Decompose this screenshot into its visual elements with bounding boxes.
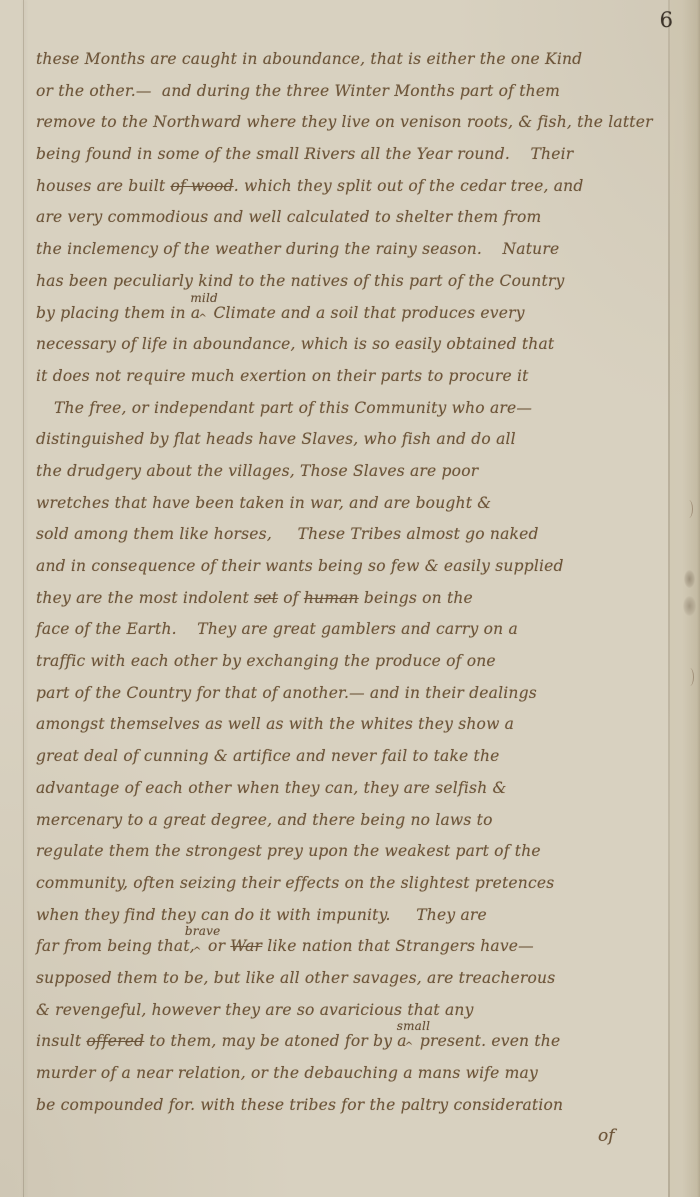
manuscript-line: part of the Country for that of another.… — [36, 678, 664, 710]
manuscript-text: & revengeful, however they are so avaric… — [36, 1001, 474, 1019]
manuscript-text: these Months are caught in aboundance, t… — [36, 50, 582, 68]
manuscript-text: the drudgery about the villages, Those S… — [36, 462, 478, 480]
manuscript-line: mercenary to a great degree, and there b… — [36, 805, 664, 837]
inserted-word-text: small — [397, 1020, 430, 1032]
manuscript-text: or the other.— and during the three Wint… — [36, 82, 560, 100]
manuscript-text: to them, may be atoned for by a — [144, 1032, 406, 1050]
manuscript-text: or — [203, 937, 230, 955]
manuscript-text: like nation that Strangers have— — [262, 937, 534, 955]
manuscript-line: murder of a near relation, or the debauc… — [36, 1058, 664, 1090]
manuscript-text: part of the Country for that of another.… — [36, 684, 537, 702]
catchword: of — [598, 1126, 615, 1146]
manuscript-line: traffic with each other by exchanging th… — [36, 646, 664, 678]
manuscript-line: it does not require much exertion on the… — [36, 361, 664, 393]
manuscript-text: . which they split out of the cedar tree… — [234, 177, 584, 195]
manuscript-text: has been peculiarly kind to the natives … — [36, 272, 564, 290]
manuscript-line: and in consequence of their wants being … — [36, 551, 664, 583]
manuscript-text: of — [278, 589, 304, 607]
manuscript-line: insult offered to them, may be atoned fo… — [36, 1026, 664, 1058]
manuscript-line: being found in some of the small Rivers … — [36, 139, 664, 171]
struck-text: of wood — [170, 177, 233, 195]
handwritten-text-block: these Months are caught in aboundance, t… — [36, 44, 664, 1121]
manuscript-text: mercenary to a great degree, and there b… — [36, 811, 493, 829]
page-crease-right — [668, 0, 670, 1197]
manuscript-text: houses are built — [36, 177, 170, 195]
manuscript-text: present. even the — [415, 1032, 561, 1050]
manuscript-line: & revengeful, however they are so avaric… — [36, 995, 664, 1027]
manuscript-line: amongst themselves as well as with the w… — [36, 709, 664, 741]
manuscript-line: by placing them in amild^ Climate and a … — [36, 298, 664, 330]
manuscript-line: has been peculiarly kind to the natives … — [36, 266, 664, 298]
inserted-word-text: mild — [190, 292, 218, 304]
manuscript-text: it does not require much exertion on the… — [36, 367, 529, 385]
manuscript-text: they are the most indolent — [36, 589, 254, 607]
manuscript-text: beings on the — [359, 589, 473, 607]
manuscript-line: remove to the Northward where they live … — [36, 107, 664, 139]
caret-mark: ^ — [198, 314, 207, 324]
struck-text: human — [304, 589, 359, 607]
manuscript-text: by placing them in a — [36, 304, 200, 322]
page-number: 6 — [660, 8, 673, 32]
manuscript-text: community, often seizing their effects o… — [36, 874, 554, 892]
manuscript-text: traffic with each other by exchanging th… — [36, 652, 496, 670]
manuscript-text: distinguished by flat heads have Slaves,… — [36, 430, 516, 448]
manuscript-text: are very commodious and well calculated … — [36, 208, 541, 226]
manuscript-line: The free, or independant part of this Co… — [36, 393, 664, 425]
manuscript-text: The free, or independant part of this Co… — [54, 399, 532, 417]
inserted-word: small^ — [407, 1031, 415, 1047]
manuscript-text: sold among them like horses, These Tribe… — [36, 525, 539, 543]
manuscript-line: far from being that,brave^ or War like n… — [36, 931, 664, 963]
manuscript-line: the inclemency of the weather during the… — [36, 234, 664, 266]
manuscript-line: necessary of life in aboundance, which i… — [36, 329, 664, 361]
manuscript-text: murder of a near relation, or the debauc… — [36, 1064, 538, 1082]
page-crease-left — [23, 0, 24, 1197]
manuscript-text: Climate and a soil that produces every — [208, 304, 524, 322]
manuscript-text: remove to the Northward where they live … — [36, 113, 653, 131]
caret-mark: ^ — [193, 947, 202, 957]
manuscript-text: advantage of each other when they can, t… — [36, 779, 507, 797]
manuscript-line: wretches that have been taken in war, an… — [36, 488, 664, 520]
manuscript-line: community, often seizing their effects o… — [36, 868, 664, 900]
manuscript-line: these Months are caught in aboundance, t… — [36, 44, 664, 76]
manuscript-text: necessary of life in aboundance, which i… — [36, 335, 554, 353]
struck-text: offered — [86, 1032, 144, 1050]
manuscript-text: regulate them the strongest prey upon th… — [36, 842, 541, 860]
manuscript-line: the drudgery about the villages, Those S… — [36, 456, 664, 488]
manuscript-line: supposed them to be, but like all other … — [36, 963, 664, 995]
struck-text: War — [230, 937, 262, 955]
manuscript-text: insult — [36, 1032, 86, 1050]
manuscript-line: are very commodious and well calculated … — [36, 202, 664, 234]
manuscript-text: great deal of cunning & artifice and nev… — [36, 747, 500, 765]
manuscript-page: 6 these Months are caught in aboundance,… — [0, 0, 700, 1197]
manuscript-text: far from being that, — [36, 937, 195, 955]
struck-text: set — [254, 589, 278, 607]
manuscript-line: be compounded for. with these tribes for… — [36, 1090, 664, 1122]
manuscript-line: they are the most indolent set of human … — [36, 583, 664, 615]
manuscript-line: face of the Earth. They are great gamble… — [36, 614, 664, 646]
manuscript-line: or the other.— and during the three Wint… — [36, 76, 664, 108]
page-edge-right — [670, 0, 700, 1197]
manuscript-line: sold among them like horses, These Tribe… — [36, 519, 664, 551]
inserted-word: mild^ — [200, 302, 208, 318]
manuscript-text: and in consequence of their wants being … — [36, 557, 564, 575]
inserted-word: brave^ — [195, 936, 203, 952]
caret-mark: ^ — [405, 1042, 414, 1052]
manuscript-text: wretches that have been taken in war, an… — [36, 494, 491, 512]
manuscript-text: the inclemency of the weather during the… — [36, 240, 559, 258]
manuscript-text: being found in some of the small Rivers … — [36, 145, 573, 163]
manuscript-text: amongst themselves as well as with the w… — [36, 715, 514, 733]
manuscript-text: face of the Earth. They are great gamble… — [36, 620, 518, 638]
manuscript-line: great deal of cunning & artifice and nev… — [36, 741, 664, 773]
inserted-word-text: brave — [185, 925, 220, 937]
manuscript-line: when they find they can do it with impun… — [36, 900, 664, 932]
manuscript-line: advantage of each other when they can, t… — [36, 773, 664, 805]
manuscript-text: supposed them to be, but like all other … — [36, 969, 555, 987]
manuscript-text: when they find they can do it with impun… — [36, 906, 487, 924]
manuscript-line: houses are built of wood. which they spl… — [36, 171, 664, 203]
manuscript-text: be compounded for. with these tribes for… — [36, 1096, 563, 1114]
manuscript-line: regulate them the strongest prey upon th… — [36, 836, 664, 868]
manuscript-line: distinguished by flat heads have Slaves,… — [36, 424, 664, 456]
